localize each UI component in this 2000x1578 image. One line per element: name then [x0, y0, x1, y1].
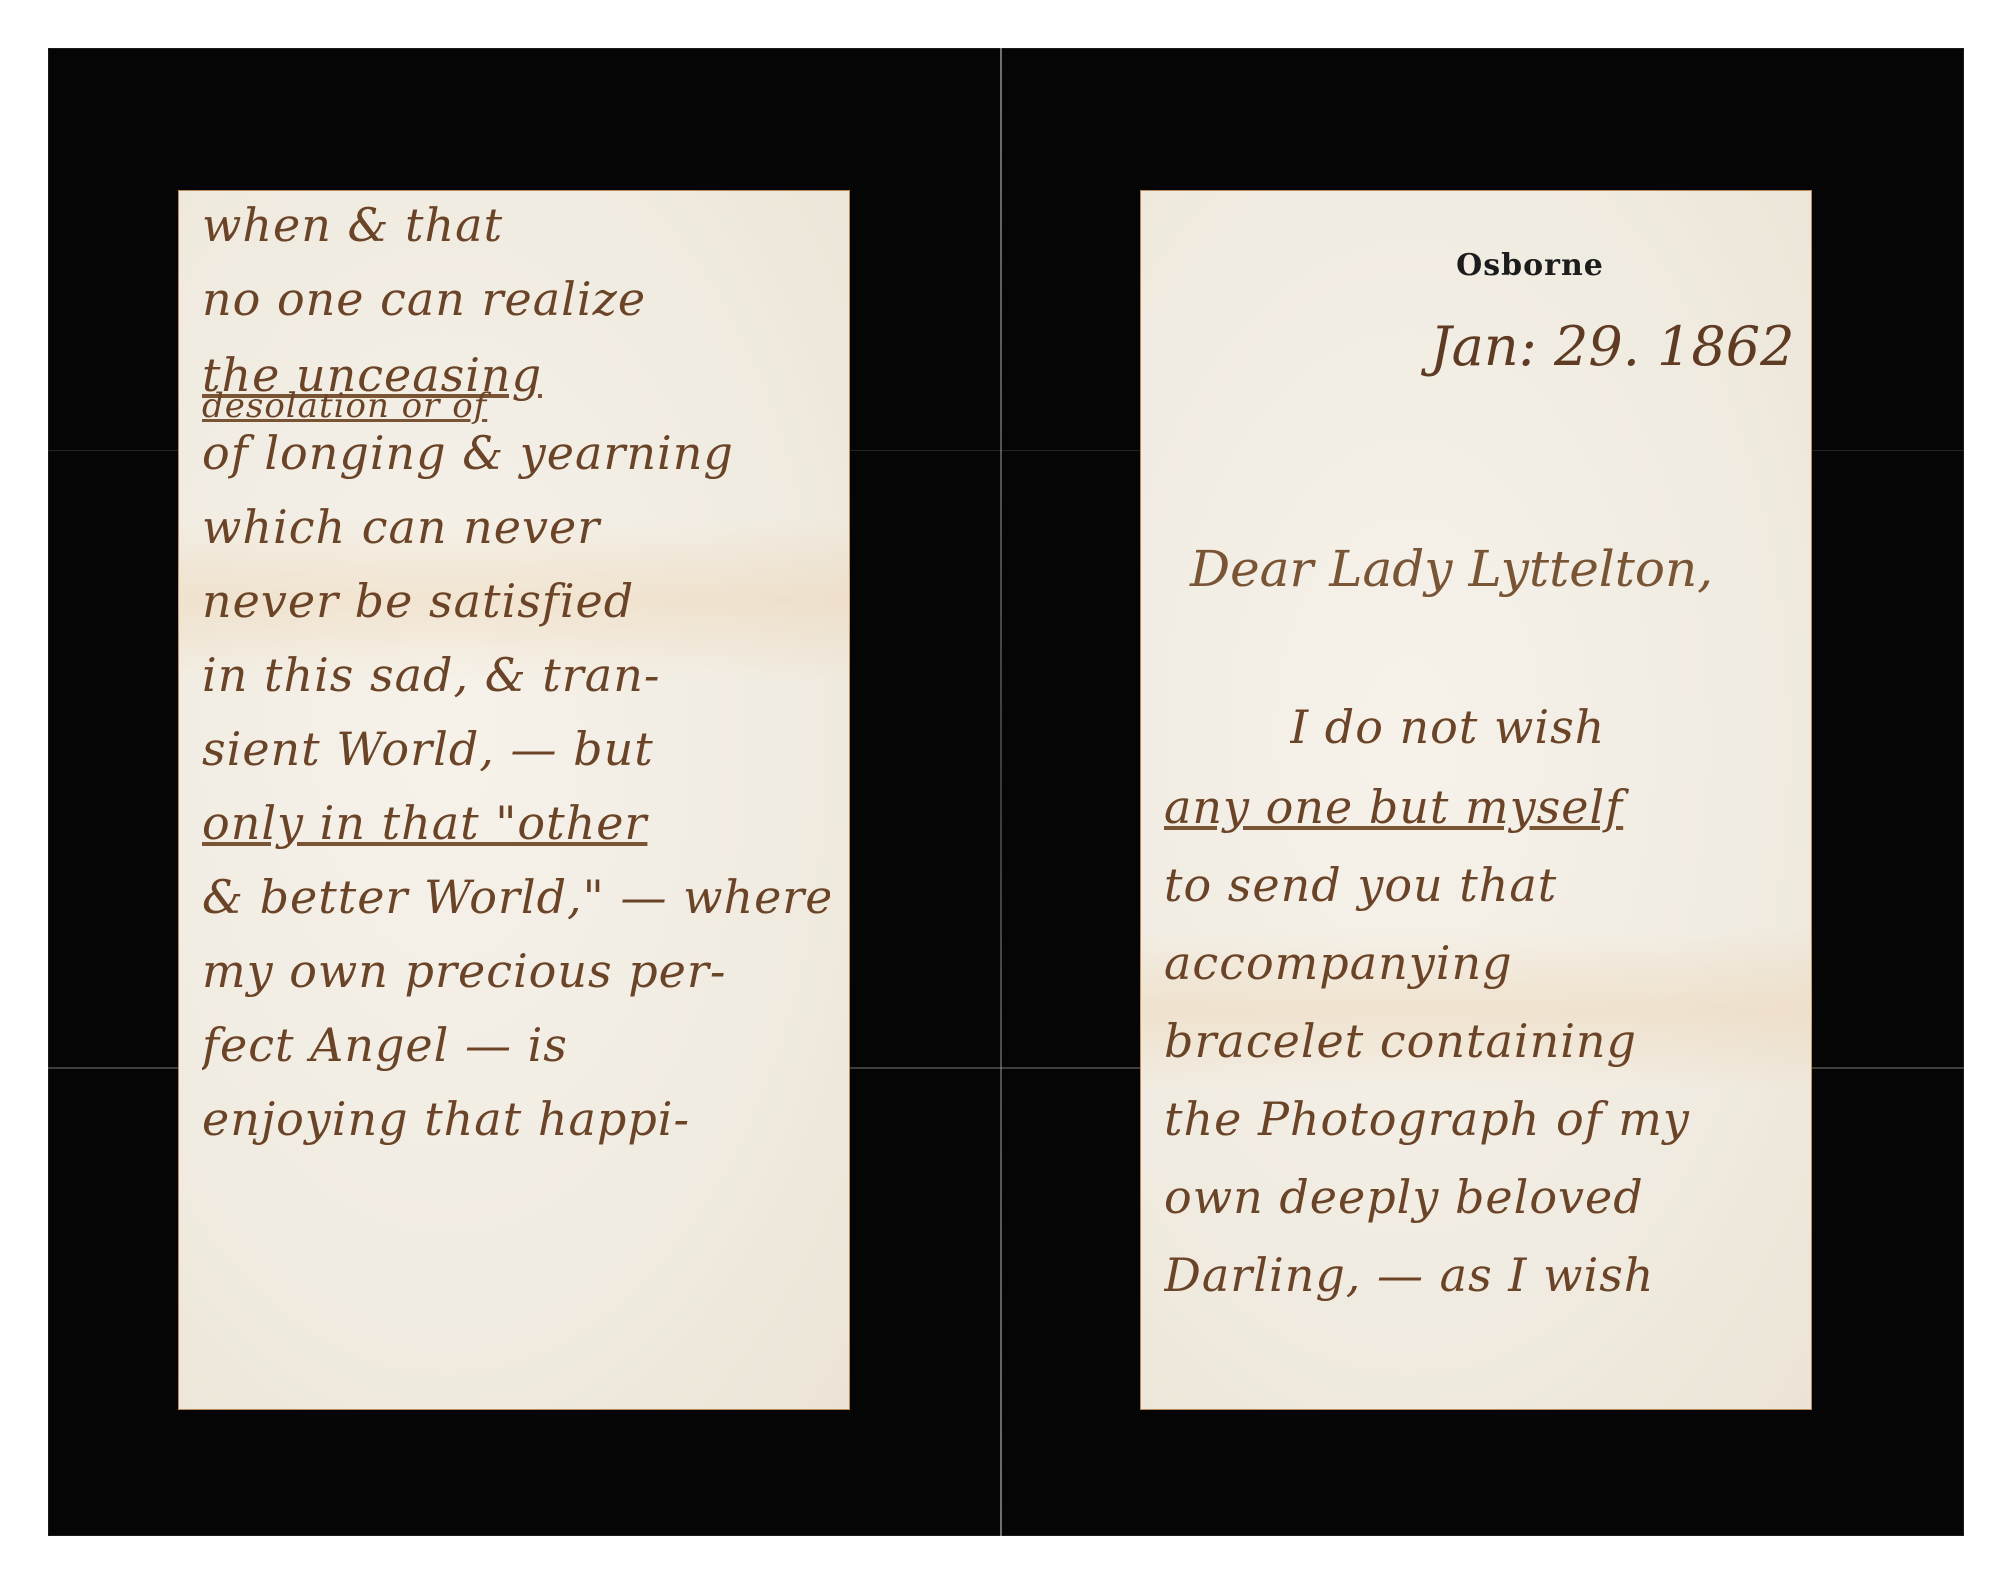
handwritten-line: never be satisfied: [202, 574, 830, 628]
handwritten-line: Darling, — as I wish: [1164, 1248, 1792, 1302]
handwritten-line: in this sad, & tran-: [202, 648, 830, 702]
handwritten-line: accompanying: [1164, 936, 1792, 990]
handwritten-line: when & that: [202, 198, 830, 252]
handwritten-line: own deeply beloved: [1164, 1170, 1792, 1224]
handwritten-line: no one can realize: [202, 272, 830, 326]
handwritten-line: the Photograph of my: [1164, 1092, 1792, 1146]
handwritten-line: sient World, — but: [202, 722, 830, 776]
handwritten-line: desolation or of: [202, 386, 830, 426]
letter-page-right: Osborne Jan: 29. 1862 Dear Lady Lyttelto…: [1140, 190, 1812, 1410]
center-fold-crease: [1000, 48, 1002, 1536]
handwritten-line: which can never: [202, 500, 830, 554]
handwritten-line: any one but myself: [1164, 780, 1792, 834]
handwritten-line: I do not wish: [1290, 700, 1792, 754]
salutation: Dear Lady Lyttelton,: [1190, 540, 1713, 598]
handwritten-line: enjoying that happi-: [202, 1092, 830, 1146]
handwritten-line: fect Angel — is: [202, 1018, 830, 1072]
handwritten-line: bracelet containing: [1164, 1014, 1792, 1068]
handwritten-line: to send you that: [1164, 858, 1792, 912]
handwritten-line: & better World," — where: [202, 870, 830, 924]
handwritten-line: my own precious per-: [202, 944, 830, 998]
handwritten-line: of longing & yearning: [202, 426, 830, 480]
letter-page-left: when & that no one can realize the uncea…: [178, 190, 850, 1410]
handwritten-line: only in that "other: [202, 796, 830, 850]
letterhead-osborne: Osborne: [1140, 248, 1740, 283]
letter-date: Jan: 29. 1862: [1430, 315, 1794, 378]
